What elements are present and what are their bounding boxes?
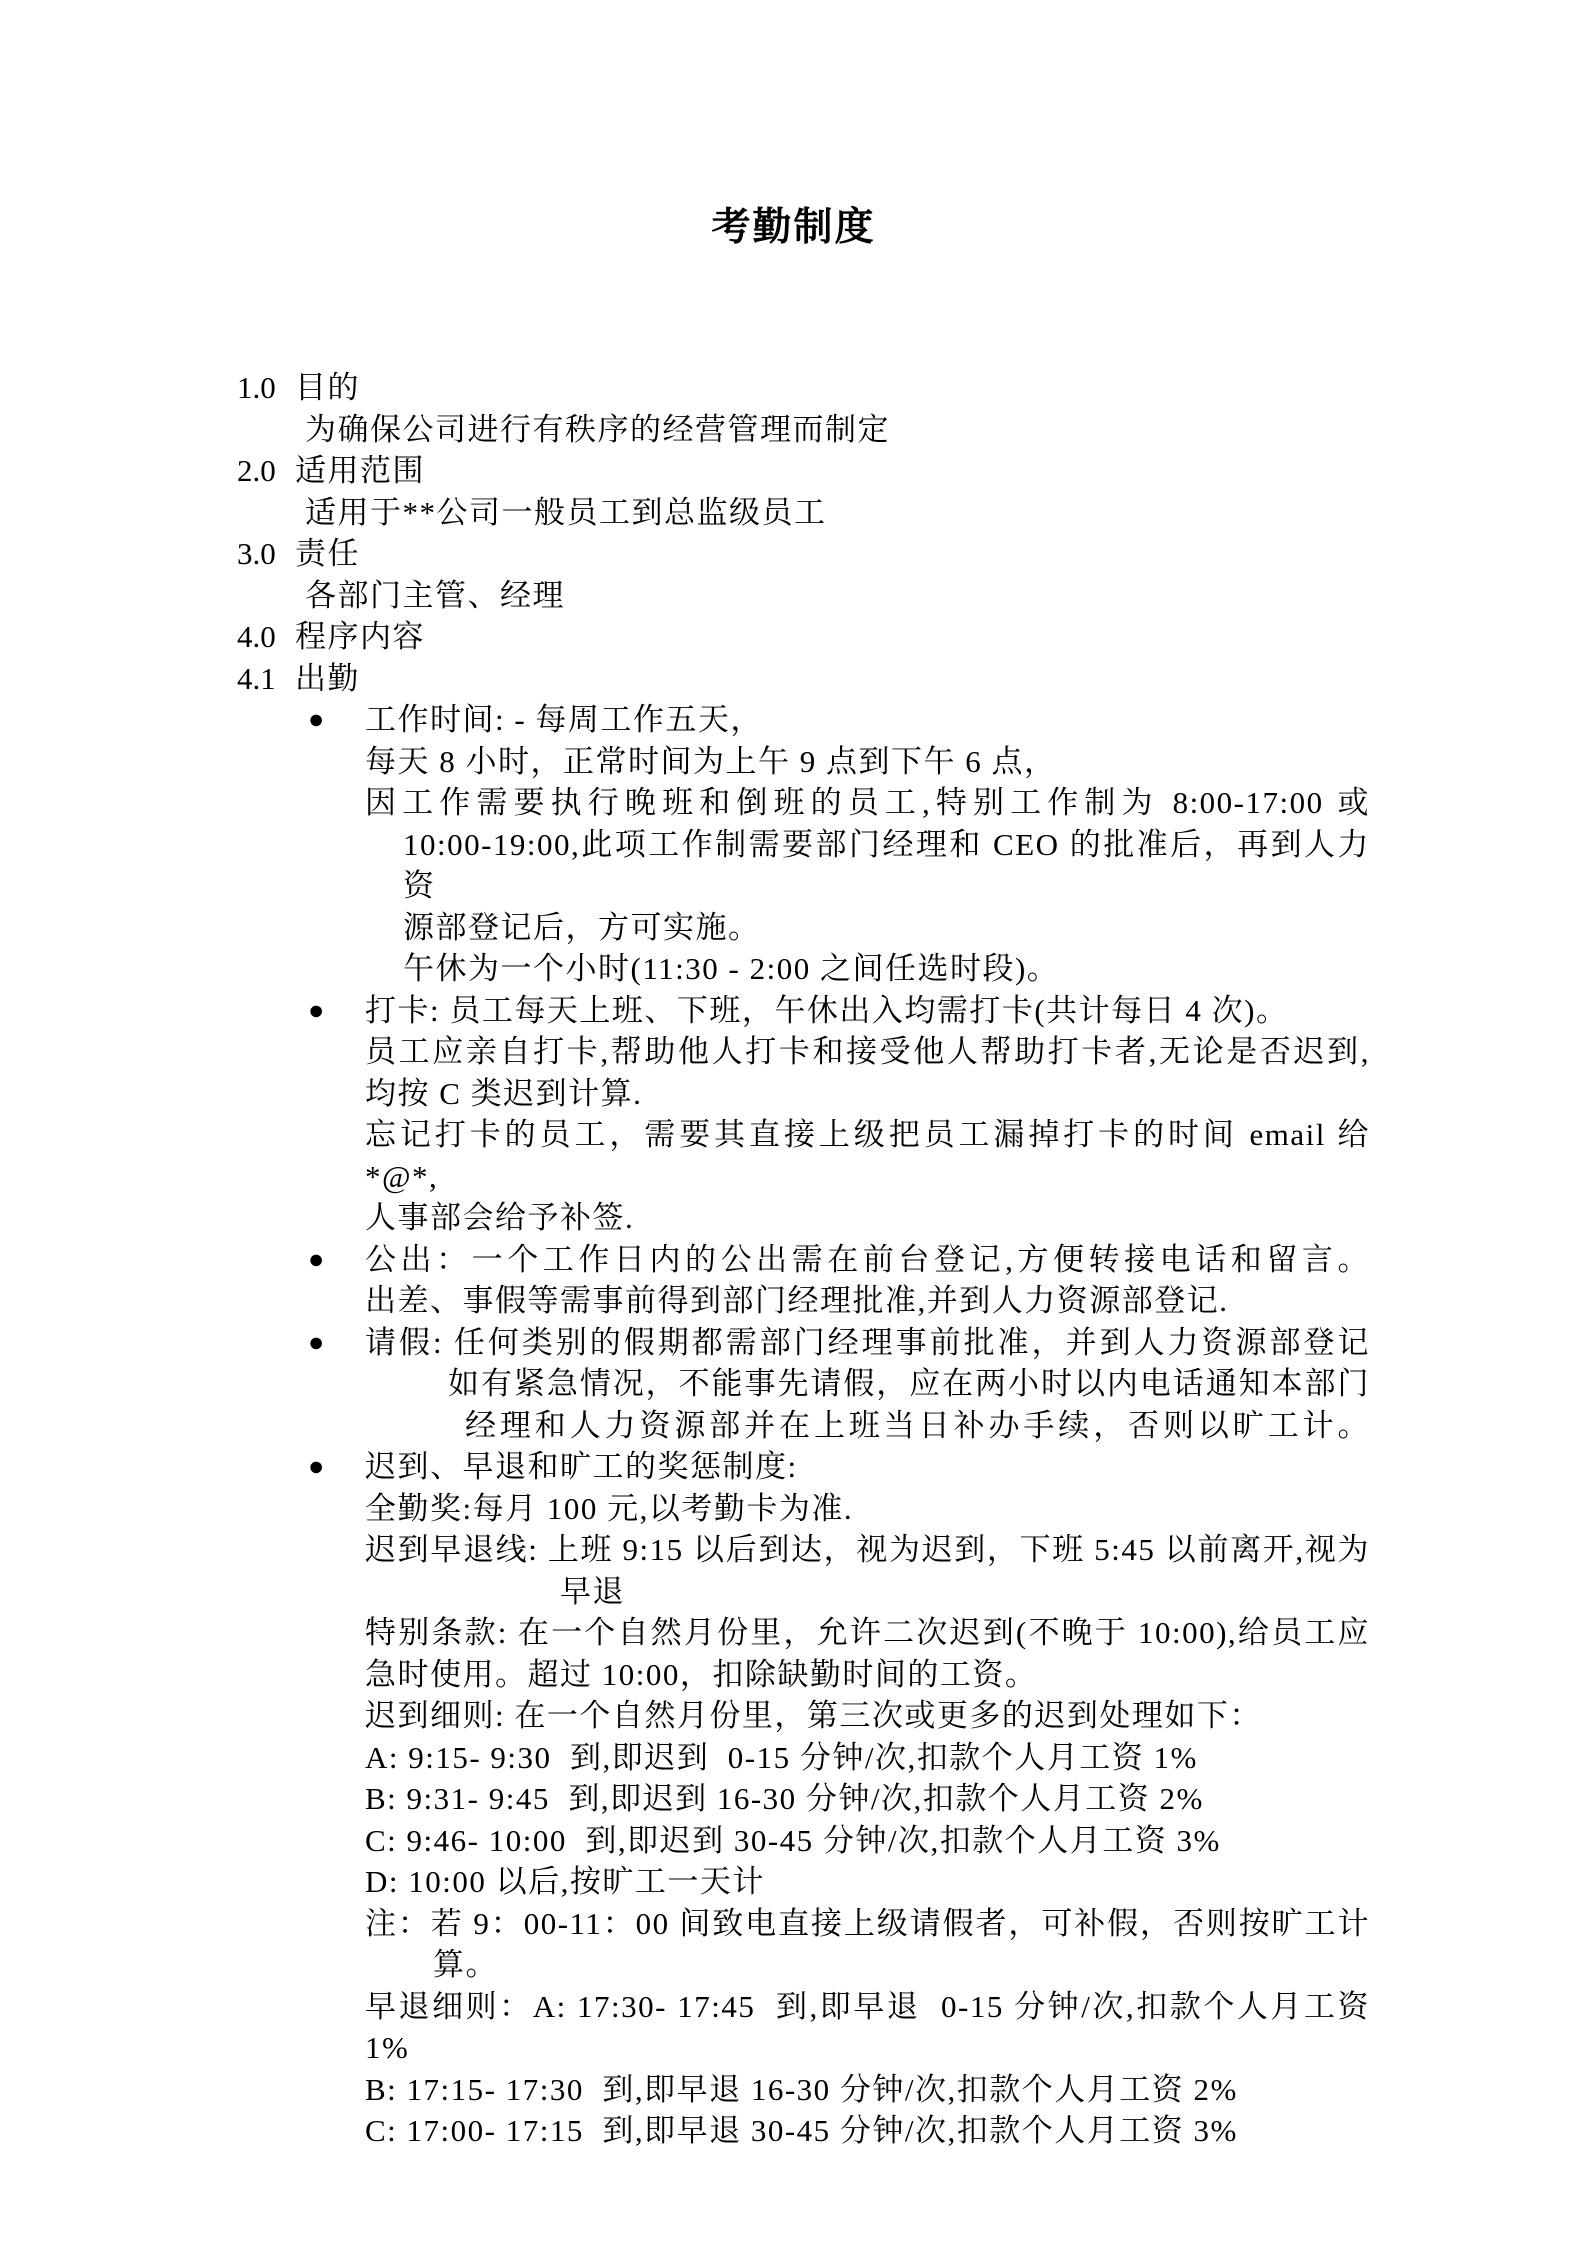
section-number: 4.1 [237, 658, 295, 700]
text-line: 为确保公司进行有秩序的经营管理而制定 [305, 409, 1370, 451]
line-text: 均按 C 类迟到计算. [365, 1076, 642, 1111]
section-number: 2.0 [237, 450, 295, 492]
line-text: 10:00-19:00,此项工作制需要部门经理和 CEO 的批准后，再到人力资 [403, 827, 1370, 904]
text-line: 急时使用。超过 10:00，扣除缺勤时间的工资。 [365, 1654, 1370, 1696]
line-text: 各部门主管、经理 [305, 578, 565, 613]
text-line: 均按 C 类迟到计算. [365, 1073, 1370, 1115]
line-text: 打卡: 员工每天上班、下班，午休出入均需打卡(共计每日 4 次)。 [365, 993, 1289, 1028]
document-body: 1.0目的为确保公司进行有秩序的经营管理而制定2.0适用范围适用于**公司一般员… [0, 367, 1370, 2152]
line-text: A: 9:15- 9:30 到,即迟到 0-15 分钟/次,扣款个人月工资 1% [365, 1740, 1198, 1775]
bullet-line: ●迟到、早退和旷工的奖惩制度: [365, 1446, 1370, 1488]
section-heading-line: 3.0责任 [237, 533, 1370, 575]
line-text: 公出：一个工作日内的公出需在前台登记,方便转接电话和留言。 [365, 1242, 1370, 1277]
section-title: 目的 [295, 370, 360, 405]
text-line: 各部门主管、经理 [305, 575, 1370, 617]
section-title: 适用范围 [295, 453, 425, 488]
line-text: 迟到、早退和旷工的奖惩制度: [365, 1449, 798, 1484]
line-text: 迟到早退线: 上班 9:15 以后到达，视为迟到，下班 5:45 以前离开,视为 [365, 1532, 1370, 1567]
bullet-line: ●工作时间: - 每周工作五天， [365, 699, 1370, 741]
section-heading-line: 4.1出勤 [237, 658, 1370, 700]
text-line: 出差、事假等需事前得到部门经理批准,并到人力资源部登记. [365, 1280, 1370, 1322]
line-text: C: 9:46- 10:00 到,即迟到 30-45 分钟/次,扣款个人月工资 … [365, 1823, 1221, 1858]
section-title: 出勤 [295, 661, 360, 696]
bullet-icon: ● [308, 1446, 324, 1488]
document-page: 考勤制度 1.0目的为确保公司进行有秩序的经营管理而制定2.0适用范围适用于**… [0, 0, 1587, 2245]
section-heading-line: 2.0适用范围 [237, 450, 1370, 492]
line-text: 适用于**公司一般员工到总监级员工 [305, 495, 827, 530]
bullet-icon: ● [308, 1239, 324, 1281]
bullet-icon: ● [308, 990, 324, 1032]
section-heading-line: 4.0程序内容 [237, 616, 1370, 658]
bullet-line: ●请假: 任何类别的假期都需部门经理事前批准，并到人力资源部登记 [365, 1322, 1370, 1364]
text-line: 忘记打卡的员工，需要其直接上级把员工漏掉打卡的时间 email 给*@*, [365, 1114, 1370, 1197]
line-text: 迟到细则: 在一个自然月份里，第三次或更多的迟到处理如下： [365, 1698, 1262, 1733]
line-text: 全勤奖:每月 100 元,以考勤卡为准. [365, 1491, 853, 1526]
text-line: A: 9:15- 9:30 到,即迟到 0-15 分钟/次,扣款个人月工资 1% [365, 1737, 1370, 1779]
line-text: 如有紧急情况，不能事先请假，应在两小时以内电话通知本部门 [448, 1366, 1370, 1401]
section-number: 3.0 [237, 533, 295, 575]
line-text: 员工应亲自打卡,帮助他人打卡和接受他人帮助打卡者,无论是否迟到, [365, 1034, 1370, 1069]
page-title: 考勤制度 [0, 204, 1587, 252]
line-text: D: 10:00 以后,按旷工一天计 [365, 1864, 765, 1899]
bullet-line: ●公出：一个工作日内的公出需在前台登记,方便转接电话和留言。 [365, 1239, 1370, 1281]
line-text: 为确保公司进行有秩序的经营管理而制定 [305, 412, 890, 447]
section-title: 责任 [295, 536, 360, 571]
line-text: 人事部会给予补签. [365, 1200, 634, 1235]
line-text: 请假: 任何类别的假期都需部门经理事前批准，并到人力资源部登记 [365, 1325, 1370, 1360]
text-line: 算。 [433, 1944, 1370, 1986]
text-line: 全勤奖:每月 100 元,以考勤卡为准. [365, 1488, 1370, 1530]
line-text: C: 17:00- 17:15 到,即早退 30-45 分钟/次,扣款个人月工资… [365, 2113, 1238, 2148]
text-line: D: 10:00 以后,按旷工一天计 [365, 1861, 1370, 1903]
text-line: 如有紧急情况，不能事先请假，应在两小时以内电话通知本部门 [448, 1363, 1370, 1405]
text-line: 经理和人力资源部并在上班当日补办手续，否则以旷工计。 [465, 1405, 1370, 1447]
section-title: 程序内容 [295, 619, 425, 654]
text-line: C: 9:46- 10:00 到,即迟到 30-45 分钟/次,扣款个人月工资 … [365, 1820, 1370, 1862]
bullet-icon: ● [308, 699, 324, 741]
line-text: B: 17:15- 17:30 到,即早退 16-30 分钟/次,扣款个人月工资… [365, 2072, 1238, 2107]
bullet-line: ●打卡: 员工每天上班、下班，午休出入均需打卡(共计每日 4 次)。 [365, 990, 1370, 1032]
line-text: 注：若 9：00-11：00 间致电直接上级请假者，可补假，否则按旷工计 [365, 1906, 1370, 1941]
line-text: 经理和人力资源部并在上班当日补办手续，否则以旷工计。 [465, 1408, 1370, 1443]
line-text: 急时使用。超过 10:00，扣除缺勤时间的工资。 [365, 1657, 1037, 1692]
line-text: 源部登记后，方可实施。 [403, 910, 761, 945]
text-line: 人事部会给予补签. [365, 1197, 1370, 1239]
line-text: B: 9:31- 9:45 到,即迟到 16-30 分钟/次,扣款个人月工资 2… [365, 1781, 1204, 1816]
bullet-icon: ● [308, 1322, 324, 1364]
text-line: 注：若 9：00-11：00 间致电直接上级请假者，可补假，否则按旷工计 [365, 1903, 1370, 1945]
text-line: B: 9:31- 9:45 到,即迟到 16-30 分钟/次,扣款个人月工资 2… [365, 1778, 1370, 1820]
section-number: 1.0 [237, 367, 295, 409]
text-line: C: 17:00- 17:15 到,即早退 30-45 分钟/次,扣款个人月工资… [365, 2110, 1370, 2152]
line-text: 因工作需要执行晚班和倒班的员工,特别工作制为 8:00-17:00 或 [365, 785, 1370, 820]
section-heading-line: 1.0目的 [237, 367, 1370, 409]
line-text: 每天 8 小时，正常时间为上午 9 点到下午 6 点， [365, 744, 1057, 779]
line-text: 出差、事假等需事前得到部门经理批准,并到人力资源部登记. [365, 1283, 1229, 1318]
text-line: 每天 8 小时，正常时间为上午 9 点到下午 6 点， [365, 741, 1370, 783]
line-text: 算。 [433, 1947, 498, 1982]
line-text: 午休为一个小时(11:30 - 2:00 之间任选时段)。 [403, 951, 1059, 986]
text-line: 迟到早退线: 上班 9:15 以后到达，视为迟到，下班 5:45 以前离开,视为 [365, 1529, 1370, 1571]
text-line: 迟到细则: 在一个自然月份里，第三次或更多的迟到处理如下： [365, 1695, 1370, 1737]
text-line: 员工应亲自打卡,帮助他人打卡和接受他人帮助打卡者,无论是否迟到, [365, 1031, 1370, 1073]
line-text: 早退细则：A: 17:30- 17:45 到,即早退 0-15 分钟/次,扣款个… [365, 1989, 1379, 2066]
section-number: 4.0 [237, 616, 295, 658]
text-line: 10:00-19:00,此项工作制需要部门经理和 CEO 的批准后，再到人力资 [403, 824, 1370, 907]
text-line: 适用于**公司一般员工到总监级员工 [305, 492, 1370, 534]
line-text: 忘记打卡的员工，需要其直接上级把员工漏掉打卡的时间 email 给*@*, [365, 1117, 1370, 1194]
line-text: 早退 [560, 1574, 625, 1609]
line-text: 工作时间: - 每周工作五天， [365, 702, 763, 737]
text-line: 午休为一个小时(11:30 - 2:00 之间任选时段)。 [403, 948, 1370, 990]
text-line: 源部登记后，方可实施。 [403, 907, 1370, 949]
line-text: 特别条款: 在一个自然月份里，允许二次迟到(不晚于 10:00),给员工应 [365, 1615, 1370, 1650]
text-line: 早退 [560, 1571, 1370, 1613]
text-line: 因工作需要执行晚班和倒班的员工,特别工作制为 8:00-17:00 或 [365, 782, 1370, 824]
text-line: B: 17:15- 17:30 到,即早退 16-30 分钟/次,扣款个人月工资… [365, 2069, 1370, 2111]
text-line: 早退细则：A: 17:30- 17:45 到,即早退 0-15 分钟/次,扣款个… [365, 1986, 1370, 2069]
text-line: 特别条款: 在一个自然月份里，允许二次迟到(不晚于 10:00),给员工应 [365, 1612, 1370, 1654]
